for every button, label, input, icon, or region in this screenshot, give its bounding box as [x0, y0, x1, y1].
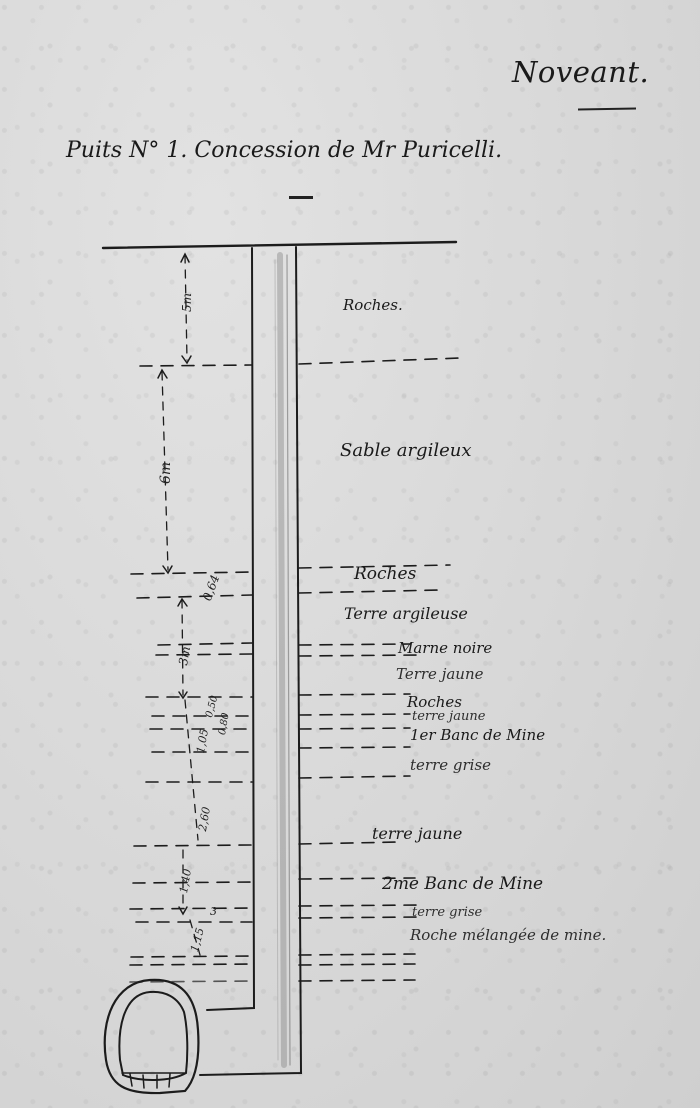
- shaft-shading: [280, 255, 284, 1065]
- measurement-5m: 5m: [180, 293, 194, 312]
- shaft-left-wall: [207, 248, 254, 1010]
- ground-surface-line: [103, 242, 456, 248]
- stratum-label-banc-de-mine-1: 1er Banc de Mine: [410, 728, 545, 743]
- stratum-label-terre-grise-2: terre grise: [412, 906, 482, 919]
- stratum-label-roche-melangee: Roche mélangée de mine.: [410, 928, 606, 943]
- stratum-label-banc-de-mine-2: 2me Banc de Mine: [382, 876, 543, 893]
- gallery-cross-section: [105, 980, 199, 1093]
- stratum-label-terre-jaune-1: Terre jaune: [396, 667, 484, 682]
- stratum-label-roches-2: Roches: [354, 566, 416, 583]
- stratum-label-marne-noire: Marne noire: [398, 641, 492, 656]
- measurement-6m: 6m: [158, 462, 174, 484]
- stratum-label-terre-grise-1: terre grise: [410, 758, 491, 773]
- stratum-label-roches-3: Roches: [407, 695, 462, 710]
- stratum-label-roches: Roches.: [343, 298, 403, 313]
- dimension-lines: [162, 255, 200, 955]
- paper-sheet: Noveant. Puits N° 1. Concession de Mr Pu…: [0, 0, 700, 1108]
- stratum-label-terre-jaune-3: terre jaune: [372, 826, 462, 842]
- dimension-arrows: [158, 254, 191, 914]
- strata-boundaries-left: [130, 365, 252, 982]
- stratum-label-terre-jaune-2: terre jaune: [412, 710, 485, 723]
- measurement-3: 3: [210, 905, 217, 918]
- stratum-label-terre-argileuse: Terre argileuse: [344, 606, 468, 622]
- stratum-label-sable-argileux: Sable argileux: [340, 442, 471, 460]
